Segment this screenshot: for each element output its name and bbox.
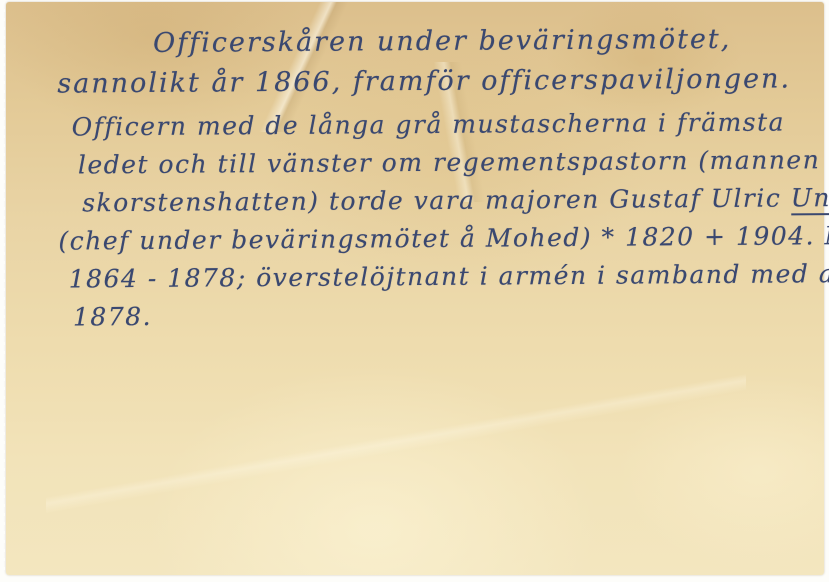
handwritten-line: Officern med de långa grå mustascherna i…: [72, 103, 788, 146]
handwritten-line: (chef under beväringsmötet å Mohed) * 18…: [58, 217, 788, 260]
handwritten-line: sannolikt år 1866, framför officerspavil…: [57, 59, 787, 104]
handwritten-line: 1864 - 1878; överstelöjtnant i armén i s…: [69, 255, 789, 298]
aged-paper-note: Officerskåren under beväringsmötet, sann…: [6, 2, 824, 575]
underlined-surname: Unge: [791, 183, 829, 216]
handwritten-line: Officerskåren under beväringsmötet,: [153, 19, 787, 63]
handwritten-line: ledet och till vänster om regementspasto…: [78, 141, 788, 184]
handwritten-line-text: skorstenshatten) torde vara majoren Gust…: [82, 183, 791, 217]
handwritten-text-block: Officerskåren under beväringsmötet, sann…: [57, 19, 789, 336]
handwritten-line: 1878.: [73, 293, 789, 336]
handwritten-line: skorstenshatten) torde vara majoren Gust…: [82, 179, 788, 222]
deckled-paper-edge: [0, 0, 5, 582]
paper-crease: [46, 332, 746, 552]
